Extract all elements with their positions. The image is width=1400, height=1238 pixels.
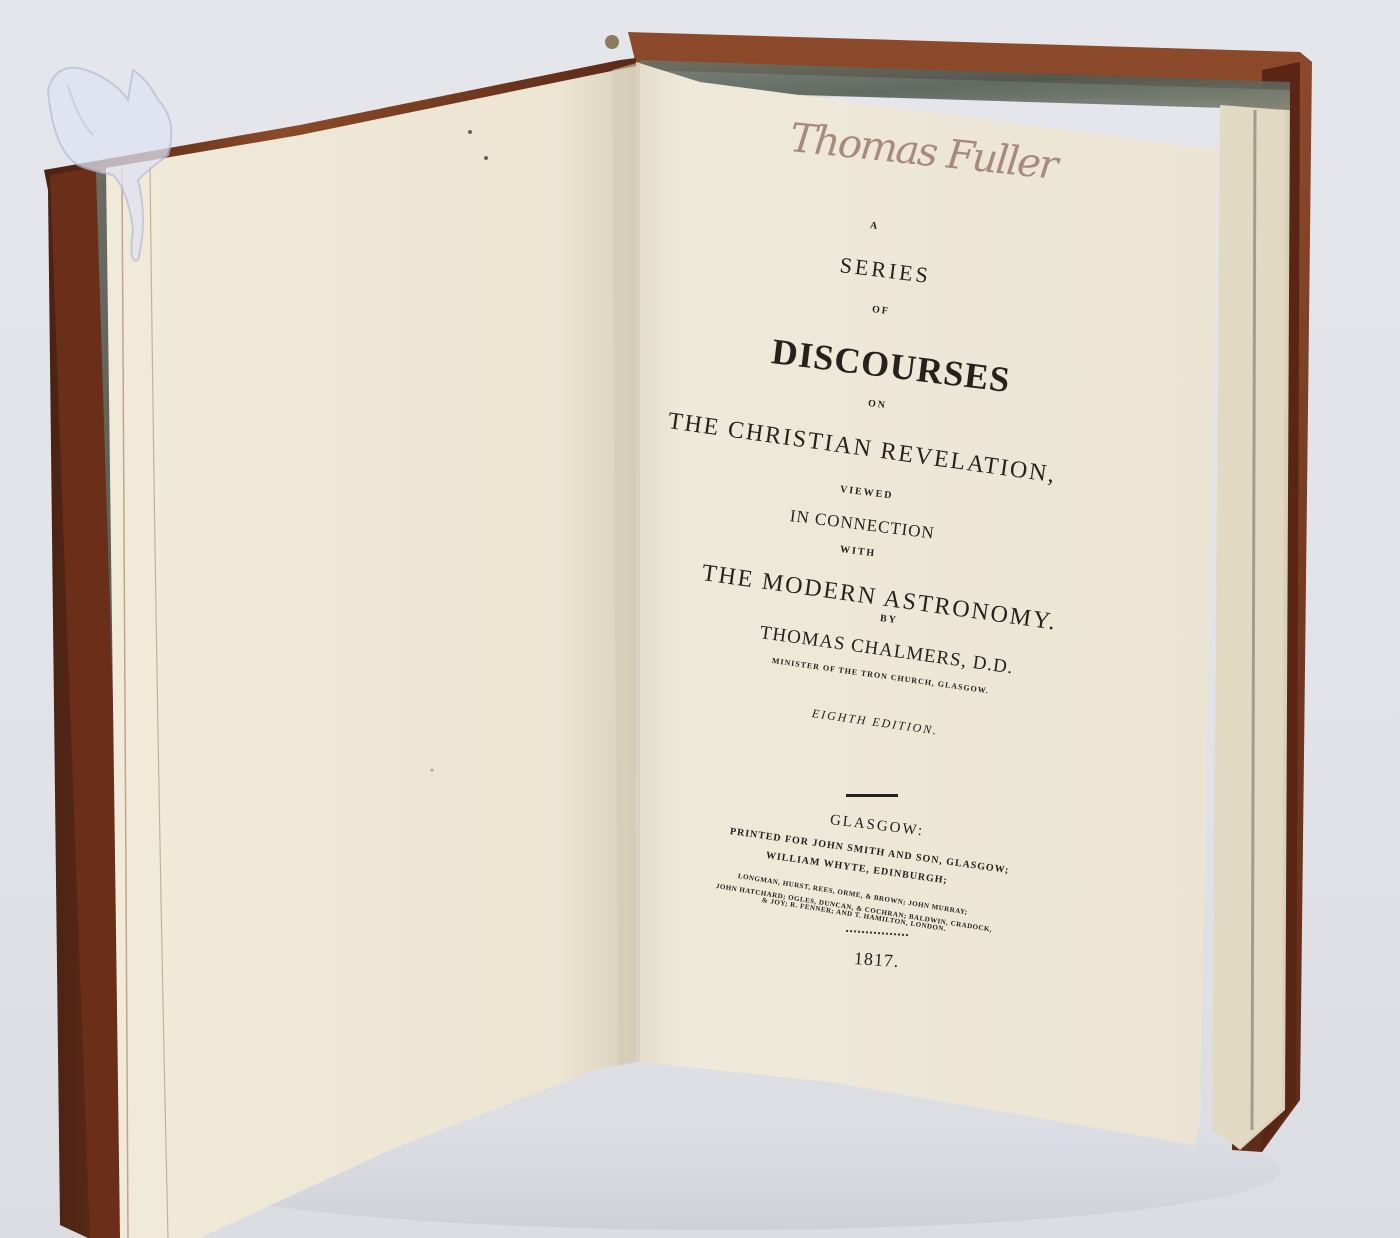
title-line-series: SERIES — [838, 252, 932, 289]
imprint-ornament — [846, 930, 908, 937]
author-name: THOMAS CHALMERS, D.D. — [758, 622, 1014, 679]
title-line-discourses: DISCOURSES — [769, 330, 1012, 401]
title-line-by: BY — [879, 613, 898, 626]
owner-signature: Thomas Fuller — [788, 115, 1059, 189]
headcap — [605, 35, 619, 49]
title-line-modern-astronomy: THE MODERN ASTRONOMY. — [700, 560, 1059, 637]
title-line-a: A — [869, 220, 880, 232]
title-page: Thomas Fuller A SERIES OF DISCOURSES ON … — [640, 60, 1200, 1140]
title-line-of: OF — [871, 304, 890, 317]
title-line-in-connection: IN CONNECTION — [789, 506, 936, 544]
title-line-christian-revelation: THE CHRISTIAN REVELATION, — [666, 408, 1058, 489]
title-line-on: ON — [867, 398, 887, 411]
title-line-with: WITH — [839, 544, 876, 559]
plastic-clip — [38, 60, 198, 270]
publication-year: 1817. — [853, 948, 900, 972]
divider-rule — [846, 794, 898, 797]
imprint-city: GLASGOW: — [829, 812, 925, 840]
edition: EIGHTH EDITION. — [811, 706, 939, 739]
title-line-viewed: VIEWED — [839, 484, 894, 501]
